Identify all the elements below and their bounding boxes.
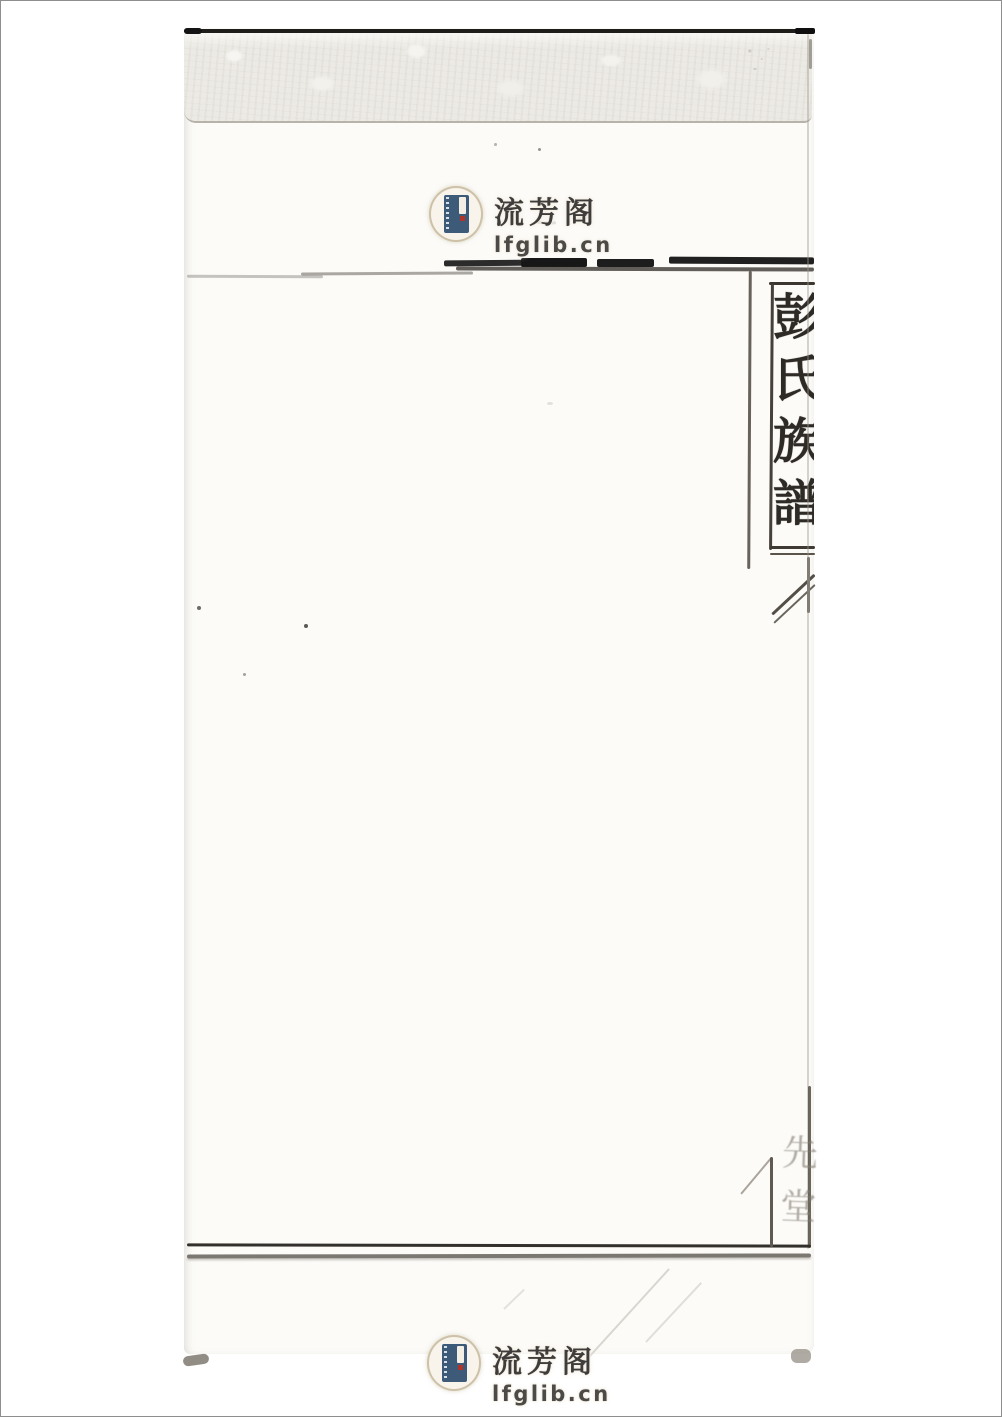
watermark-site-name: 流芳阁 [494, 188, 613, 232]
corner-speckle [743, 41, 777, 81]
book-stitch-icon [446, 197, 449, 231]
thick-rule-segment [669, 257, 814, 265]
book-stitch-icon [444, 1346, 447, 1380]
book-seal-icon [458, 1365, 463, 1370]
ink-speck [243, 673, 246, 676]
watermark-site-name: 流芳阁 [492, 1337, 611, 1381]
book-icon [444, 195, 469, 233]
watermark-bottom: 流芳阁 lfglib.cn [427, 1335, 611, 1406]
thick-rule-segment [597, 259, 654, 267]
handwritten-note: 先 堂 [779, 1126, 817, 1247]
ink-speck [494, 143, 497, 146]
thick-rule-segment [444, 260, 532, 267]
top-border-left-cap [184, 28, 202, 34]
scan-canvas: 彭 氏 族 譜 先 堂 [0, 0, 1002, 1417]
right-edge-dark-mark [807, 557, 810, 613]
paper-texture-band [184, 28, 812, 123]
ink-speck [197, 606, 201, 610]
thick-rule-segment [521, 258, 587, 267]
watermark-site-url: lfglib.cn [492, 1382, 611, 1406]
book-icon [442, 1344, 467, 1382]
watermark-badge [427, 1335, 481, 1391]
handwritten-char: 先 [781, 1126, 817, 1181]
book-seal-icon [460, 216, 465, 221]
page-right-edge [807, 34, 809, 1249]
watermark-text: 流芳阁 lfglib.cn [494, 186, 613, 257]
faint-dash [547, 402, 553, 405]
page-top-border [184, 29, 814, 33]
ink-smudge [182, 1353, 209, 1367]
ink-speck [538, 148, 541, 151]
bottom-right-border [770, 1157, 773, 1247]
watermark-top: 流芳阁 lfglib.cn [429, 186, 613, 257]
watermark-text: 流芳阁 lfglib.cn [492, 1335, 611, 1406]
watermark-site-url: lfglib.cn [494, 233, 613, 257]
ink-speck [304, 624, 308, 628]
top-border-right-cap [795, 28, 815, 34]
ink-smudge [791, 1349, 811, 1363]
right-edge-dark-mark [809, 39, 812, 69]
book-label-icon [459, 197, 466, 214]
watermark-badge [429, 186, 483, 242]
book-label-icon [457, 1346, 464, 1363]
handwritten-char: 堂 [779, 1180, 815, 1235]
